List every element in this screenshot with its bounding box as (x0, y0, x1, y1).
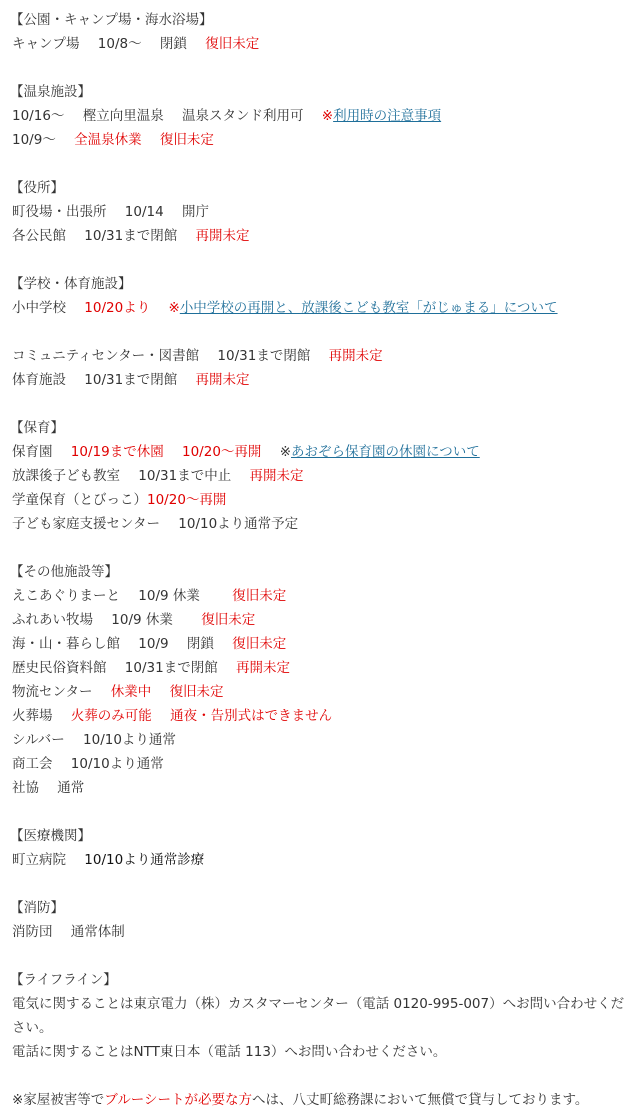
facility-name: 樫立向里温泉 (83, 108, 164, 124)
row-onsen-all: 10/9〜 全温泉休業 復旧未定 (12, 128, 631, 152)
row-sports-facilities: 体育施設 10/31まで閉館 再開未定 (12, 368, 631, 392)
notice-prefix: ※家屋被害等で (12, 1092, 104, 1108)
section-heading-lifeline: 【ライフライン】 (10, 968, 631, 992)
section-heading-onsen: 【温泉施設】 (10, 80, 631, 104)
facility-name: ふれあい牧場 (12, 612, 93, 628)
status: 10/31まで閉館 (125, 660, 218, 676)
date: 10/9〜 (12, 132, 56, 148)
facility-name: シルバー (12, 732, 65, 748)
row-eco-agri: えこあぐりまーと 10/9 休業 復旧未定 (12, 584, 631, 608)
status: 閉鎖 (160, 36, 187, 52)
facility-name: コミュニティセンター・図書館 (12, 348, 199, 364)
facility-name: 物流センター (12, 684, 92, 700)
facility-name: 放課後子ども教室 (12, 468, 120, 484)
status: 10/31まで閉館 (84, 228, 177, 244)
row-afterschool: 放課後子ども教室 10/31まで中止 再開未定 (12, 464, 631, 488)
row-silver: シルバー 10/10より通常 (12, 728, 631, 752)
phone-contact-text: 電話に関することはNTT東日本（電話 113）へお問い合わせください。 (12, 1040, 631, 1064)
alert-status: 復旧未定 (201, 612, 255, 628)
row-family-support: 子ども家庭支援センター 10/10より通常予定 (12, 512, 631, 536)
facility-name: 学童保育（とびっこ） (12, 492, 147, 508)
row-nursery: 保育園 10/19まで休園 10/20〜再開 ※あおぞら保育園の休園について (12, 440, 631, 464)
status: 10/10より通常 (83, 732, 176, 748)
facility-name: 商工会 (12, 756, 53, 772)
row-chamber-of-commerce: 商工会 10/10より通常 (12, 752, 631, 776)
notice-highlight: ブルーシートが必要な方 (104, 1092, 252, 1108)
alert-status: 全温泉休業 (74, 132, 142, 148)
facility-name: 小中学校 (12, 300, 66, 316)
row-campground: キャンプ場 10/8〜 閉鎖 復旧未定 (12, 32, 631, 56)
row-community-halls: 各公民館 10/31まで閉館 再開未定 (12, 224, 631, 248)
alert-status: 10/20〜再開 (182, 444, 261, 460)
alert-status: 休業中 (111, 684, 152, 700)
row-gakudo: 学童保育（とびっこ）10/20〜再開 (12, 488, 631, 512)
alert-status: 再開未定 (329, 348, 383, 364)
facility-name: 海・山・暮らし館 (12, 636, 120, 652)
note-mark: ※ (169, 300, 180, 316)
status: 10/31まで閉館 (217, 348, 310, 364)
row-onsen-kashitate: 10/16〜 樫立向里温泉 温泉スタンド利用可 ※利用時の注意事項 (12, 104, 631, 128)
status: 10/9 休業 (111, 612, 173, 628)
facility-name: 体育施設 (12, 372, 66, 388)
section-heading-schools: 【学校・体育施設】 (10, 272, 631, 296)
row-town-hall: 町役場・出張所 10/14 開庁 (12, 200, 631, 224)
status: 10/10より通常 (71, 756, 164, 772)
row-fire-brigade: 消防団 通常体制 (12, 920, 631, 944)
facility-name: 子ども家庭支援センター (12, 516, 160, 532)
alert-status: 10/20〜再開 (147, 492, 226, 508)
section-heading-childcare: 【保育】 (10, 416, 631, 440)
alert-status: 再開未定 (196, 372, 250, 388)
blue-sheet-notice: ※家屋被害等でブルーシートが必要な方へは、八丈町総務課において無償で貸与しており… (12, 1088, 631, 1112)
alert-status: 復旧未定 (205, 36, 259, 52)
facility-status-document: 【公園・キャンプ場・海水浴場】 キャンプ場 10/8〜 閉鎖 復旧未定 【温泉施… (0, 0, 643, 1112)
section-heading-parks: 【公園・キャンプ場・海水浴場】 (10, 8, 631, 32)
nursery-closure-link[interactable]: あおぞら保育園の休園について (291, 444, 480, 460)
alert-status: 10/20より (84, 300, 150, 316)
facility-name: 火葬場 (12, 708, 53, 724)
section-heading-fire: 【消防】 (10, 896, 631, 920)
alert-status: 再開未定 (250, 468, 304, 484)
row-crematorium: 火葬場 火葬のみ可能 通夜・告別式はできません (12, 704, 631, 728)
notice-suffix: へは、八丈町総務課において無償で貸与しております。 (252, 1092, 588, 1108)
status: 10/10より通常診療 (84, 852, 204, 868)
facility-name: 保育園 (12, 444, 53, 460)
alert-status: 再開未定 (196, 228, 250, 244)
status: 閉鎖 (187, 636, 214, 652)
facility-name: 町立病院 (12, 852, 66, 868)
status: 10/10より通常予定 (178, 516, 298, 532)
school-reopening-link[interactable]: 小中学校の再開と、放課後こども教室「がじゅまる」について (180, 300, 558, 316)
row-umi-yama-kurashi: 海・山・暮らし館 10/9 閉鎖 復旧未定 (12, 632, 631, 656)
row-history-museum: 歴史民俗資料館 10/31まで閉館 再開未定 (12, 656, 631, 680)
section-heading-medical: 【医療機関】 (10, 824, 631, 848)
row-town-hospital: 町立病院 10/10より通常診療 (12, 848, 631, 872)
section-heading-other: 【その他施設等】 (10, 560, 631, 584)
status: 開庁 (182, 204, 209, 220)
electric-contact-text: 電気に関することは東京電力（株）カスタマーセンター（電話 0120-995-00… (12, 992, 631, 1040)
facility-name: 各公民館 (12, 228, 66, 244)
status: 10/31まで中止 (138, 468, 231, 484)
status: 通常体制 (71, 924, 125, 940)
facility-name: えこあぐりまーと (12, 588, 120, 604)
alert-status: 火葬のみ可能 (71, 708, 152, 724)
date: 10/14 (125, 204, 164, 220)
status: 10/9 休業 (138, 588, 200, 604)
status: 温泉スタンド利用可 (182, 108, 304, 124)
row-fureai-farm: ふれあい牧場 10/9 休業 復旧未定 (12, 608, 631, 632)
alert-status: 復旧未定 (232, 636, 286, 652)
facility-name: キャンプ場 (12, 36, 80, 52)
status: 通常 (57, 780, 84, 796)
usage-notes-link[interactable]: 利用時の注意事項 (333, 108, 441, 124)
alert-status: 復旧未定 (170, 684, 224, 700)
alert-status: 復旧未定 (160, 132, 214, 148)
date: 10/16〜 (12, 108, 64, 124)
facility-name: 社協 (12, 780, 39, 796)
alert-status: 復旧未定 (232, 588, 286, 604)
row-community-center: コミュニティセンター・図書館 10/31まで閉館 再開未定 (12, 344, 631, 368)
note-mark: ※ (280, 444, 291, 460)
alert-status: 通夜・告別式はできません (170, 708, 332, 724)
row-logistics-center: 物流センター 休業中 復旧未定 (12, 680, 631, 704)
alert-status: 再開未定 (236, 660, 290, 676)
date: 10/9 (138, 636, 168, 652)
section-heading-offices: 【役所】 (10, 176, 631, 200)
facility-name: 町役場・出張所 (12, 204, 107, 220)
alert-status: 10/19まで休園 (71, 444, 164, 460)
facility-name: 歴史民俗資料館 (12, 660, 107, 676)
row-schools: 小中学校 10/20より ※小中学校の再開と、放課後こども教室「がじゅまる」につ… (12, 296, 631, 320)
note-mark: ※ (322, 108, 333, 124)
facility-name: 消防団 (12, 924, 53, 940)
row-social-welfare: 社協 通常 (12, 776, 631, 800)
status: 10/31まで閉館 (84, 372, 177, 388)
date: 10/8〜 (98, 36, 142, 52)
